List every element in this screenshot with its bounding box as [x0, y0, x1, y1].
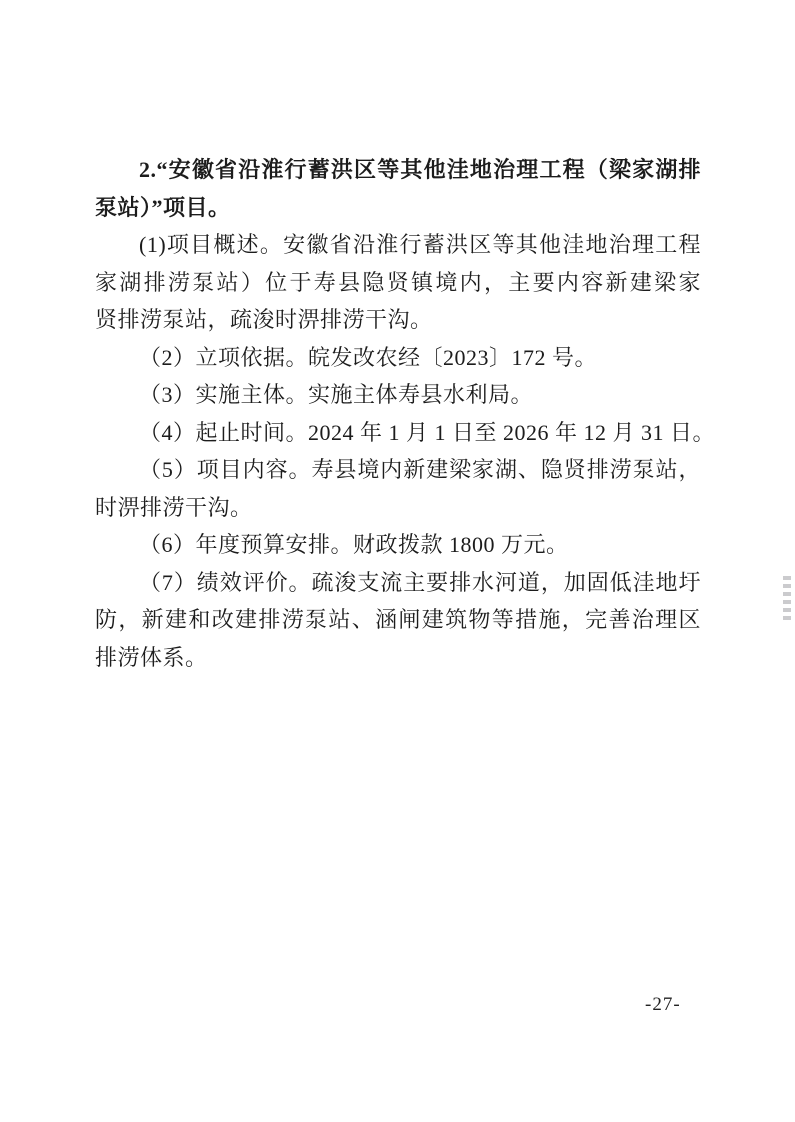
document-page: 2.“安徽省沿淮行蓄洪区等其他洼地治理工程（梁家湖排涝泵站）”项目。(1)项目概… — [0, 0, 795, 1122]
item-1-project-overview-line-1: (1)项目概述。安徽省沿淮行蓄洪区等其他洼地治理工程（梁 — [95, 226, 701, 264]
document-body: 2.“安徽省沿淮行蓄洪区等其他洼地治理工程（梁家湖排涝泵站）”项目。(1)项目概… — [95, 151, 701, 676]
item-5-project-content-line-2: 时淠排涝干沟。 — [95, 489, 701, 527]
heading-line-1: 2.“安徽省沿淮行蓄洪区等其他洼地治理工程（梁家湖排涝 — [95, 151, 701, 189]
page-number: -27- — [645, 994, 681, 1016]
item-7-performance-evaluation: （7）绩效评价。疏浚支流主要排水河道，加固低洼地圩区堤防，新建和改建排涝泵站、涵… — [95, 564, 701, 677]
item-5-project-content-line-1: （5）项目内容。寿县境内新建梁家湖、隐贤排涝泵站，疏浚 — [95, 451, 701, 489]
item-4-time-period: （4）起止时间。2024 年 1 月 1 日至 2026 年 12 月 31 日… — [95, 414, 701, 452]
item-2-approval-basis: （2）立项依据。皖发改农经〔2023〕172 号。 — [95, 339, 701, 377]
item-6-annual-budget-line-1: （6）年度预算安排。财政拨款 1800 万元。 — [95, 526, 701, 564]
item-7-performance-evaluation-line-1: （7）绩效评价。疏浚支流主要排水河道，加固低洼地圩区堤 — [95, 564, 701, 602]
item-4-time-period-line-1: （4）起止时间。2024 年 1 月 1 日至 2026 年 12 月 31 日… — [95, 414, 701, 452]
item-3-implementing-body: （3）实施主体。实施主体寿县水利局。 — [95, 376, 701, 414]
item-5-project-content: （5）项目内容。寿县境内新建梁家湖、隐贤排涝泵站，疏浚时淠排涝干沟。 — [95, 451, 701, 526]
item-7-performance-evaluation-line-2: 防，新建和改建排涝泵站、涵闸建筑物等措施，完善治理区防洪 — [95, 601, 701, 639]
item-6-annual-budget: （6）年度预算安排。财政拨款 1800 万元。 — [95, 526, 701, 564]
heading: 2.“安徽省沿淮行蓄洪区等其他洼地治理工程（梁家湖排涝泵站）”项目。 — [95, 151, 701, 226]
item-1-project-overview-line-2: 家湖排涝泵站）位于寿县隐贤镇境内，主要内容新建梁家湖、隐 — [95, 264, 701, 302]
item-3-implementing-body-line-1: （3）实施主体。实施主体寿县水利局。 — [95, 376, 701, 414]
item-1-project-overview: (1)项目概述。安徽省沿淮行蓄洪区等其他洼地治理工程（梁家湖排涝泵站）位于寿县隐… — [95, 226, 701, 339]
item-7-performance-evaluation-line-3: 排涝体系。 — [95, 639, 701, 677]
item-1-project-overview-line-3: 贤排涝泵站，疏浚时淠排涝干沟。 — [95, 301, 701, 339]
scan-artifact — [783, 576, 791, 622]
item-2-approval-basis-line-1: （2）立项依据。皖发改农经〔2023〕172 号。 — [95, 339, 701, 377]
heading-line-2: 泵站）”项目。 — [95, 189, 701, 227]
